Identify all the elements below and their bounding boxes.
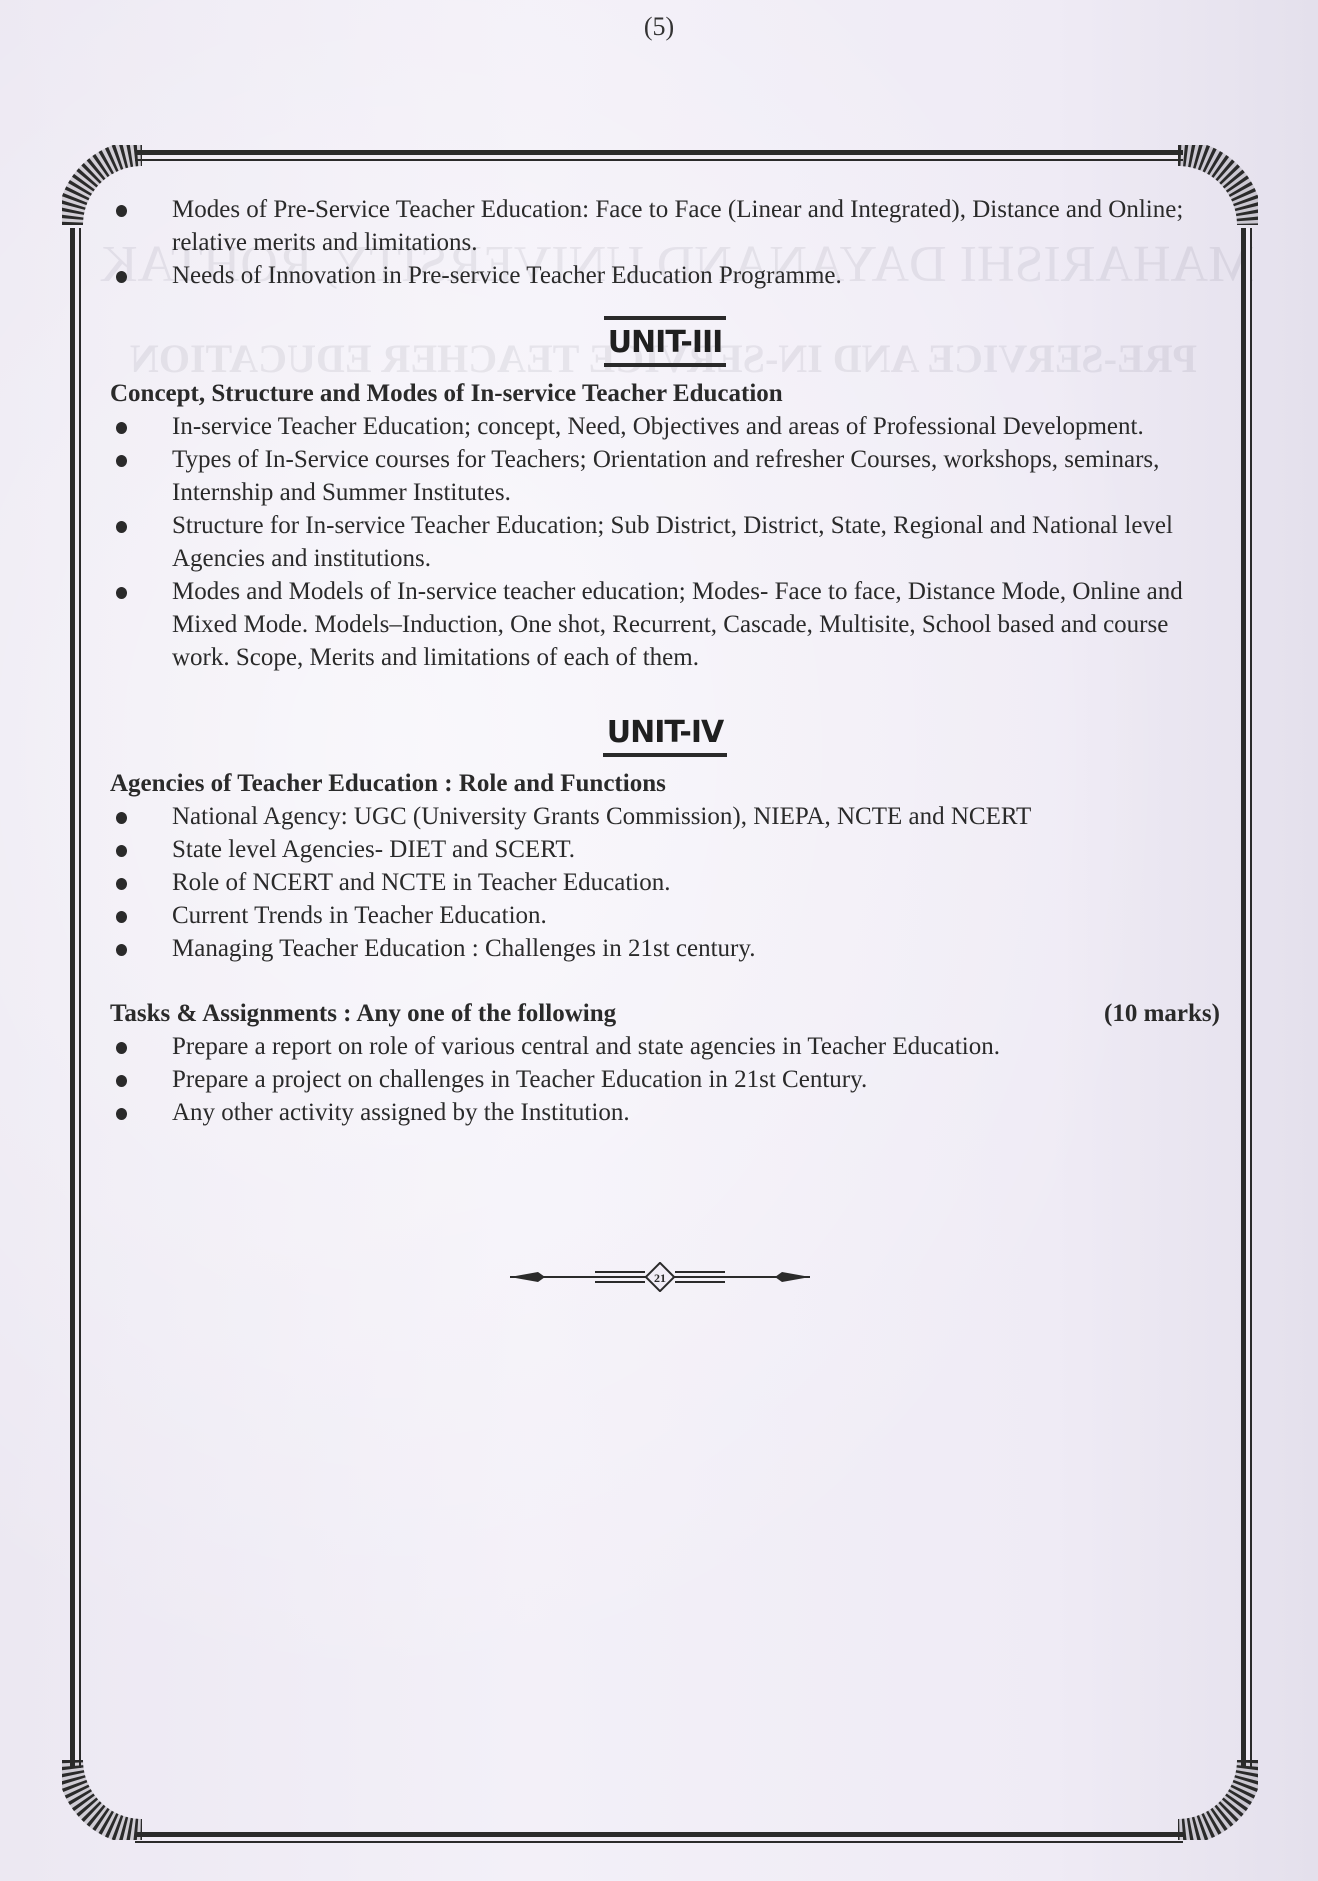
page-number: (5) xyxy=(0,12,1318,42)
list-item: Structure for In-service Teacher Educati… xyxy=(110,509,1220,575)
list-item: State level Agencies- DIET and SCERT. xyxy=(110,833,1220,866)
list-item: Prepare a project on challenges in Teach… xyxy=(110,1063,1220,1096)
unit-4-heading: UNIT-IV xyxy=(110,710,1220,757)
tasks-list: Prepare a report on role of various cent… xyxy=(110,1030,1220,1129)
list-item: Any other activity assigned by the Insti… xyxy=(110,1096,1220,1129)
tasks-marks: (10 marks) xyxy=(1104,997,1220,1030)
unit-3-title: Concept, Structure and Modes of In-servi… xyxy=(110,377,1220,410)
list-item: Prepare a report on role of various cent… xyxy=(110,1030,1220,1063)
list-item: Managing Teacher Education : Challenges … xyxy=(110,932,1220,965)
syllabus-content: Modes of Pre-Service Teacher Education: … xyxy=(110,193,1220,1129)
list-item: Role of NCERT and NCTE in Teacher Educat… xyxy=(110,866,1220,899)
tasks-title: Tasks & Assignments : Any one of the fol… xyxy=(110,997,616,1030)
corner-ornament-icon xyxy=(62,1760,142,1840)
corner-ornament-icon xyxy=(1178,1760,1258,1840)
ornament-number: 21 xyxy=(654,1271,666,1285)
list-item: National Agency: UGC (University Grants … xyxy=(110,800,1220,833)
list-item: Needs of Innovation in Pre-service Teach… xyxy=(110,259,1220,292)
list-item: Modes and Models of In-service teacher e… xyxy=(110,575,1220,674)
tasks-header: Tasks & Assignments : Any one of the fol… xyxy=(110,997,1220,1030)
list-item: Modes of Pre-Service Teacher Education: … xyxy=(110,193,1220,259)
footer-divider-ornament: 21 xyxy=(500,1262,820,1292)
pre-service-list: Modes of Pre-Service Teacher Education: … xyxy=(110,193,1220,292)
unit-3-list: In-service Teacher Education; concept, N… xyxy=(110,410,1220,674)
list-item: Current Trends in Teacher Education. xyxy=(110,899,1220,932)
unit-3-heading: UNIT-III xyxy=(110,316,1220,367)
unit-4-list: National Agency: UGC (University Grants … xyxy=(110,800,1220,965)
unit-4-title: Agencies of Teacher Education : Role and… xyxy=(110,767,1220,800)
list-item: Types of In-Service courses for Teachers… xyxy=(110,443,1220,509)
list-item: In-service Teacher Education; concept, N… xyxy=(110,410,1220,443)
